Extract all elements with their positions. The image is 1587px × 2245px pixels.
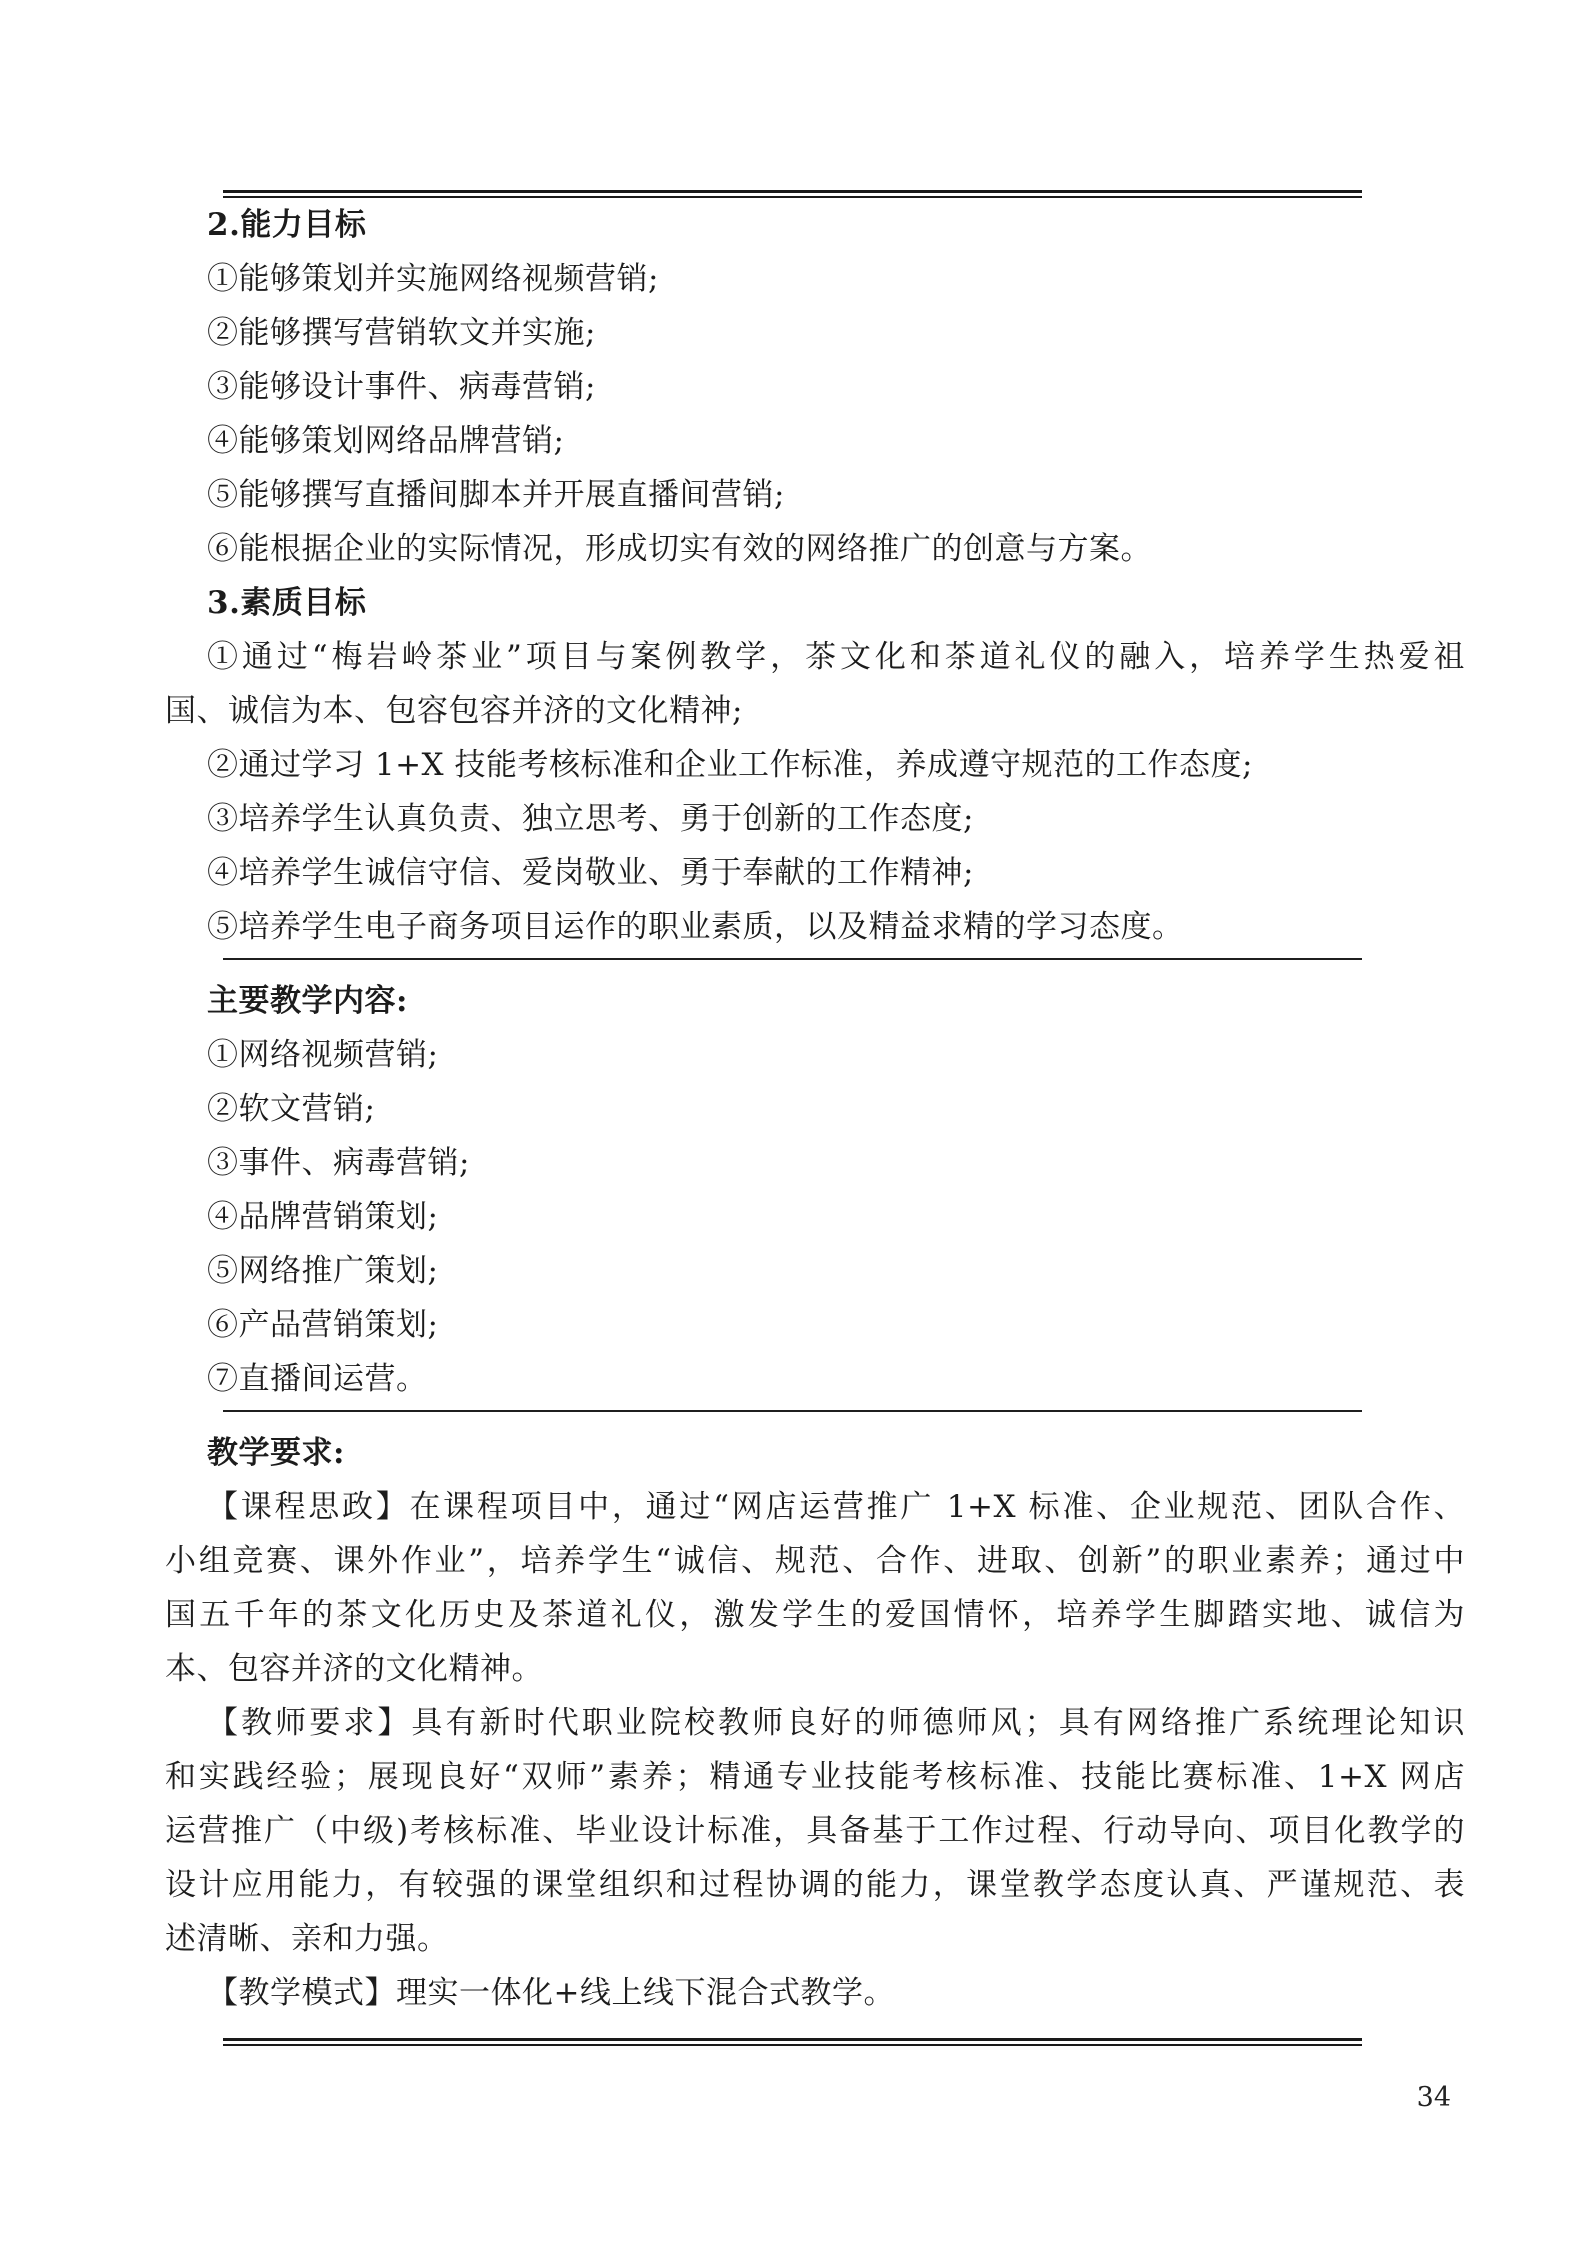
document-line: ④品牌营销策划; xyxy=(165,1190,1465,1244)
document-line: ①能够策划并实施网络视频营销; xyxy=(165,252,1465,306)
divider-line xyxy=(223,958,1362,960)
document-line: ④能够策划网络品牌营销; xyxy=(165,414,1465,468)
section-heading: 教学要求: xyxy=(165,1426,1465,1480)
document-line: 国五千年的茶文化历史及茶道礼仪，激发学生的爱国情怀，培养学生脚踏实地、诚信为 xyxy=(165,1588,1465,1642)
divider-double-line xyxy=(223,2038,1362,2046)
document-line: 述清晰、亲和力强。 xyxy=(165,1912,1465,1966)
document-line: 【教学模式】理实一体化+线上线下混合式教学。 xyxy=(165,1966,1465,2020)
document-line: ②通过学习 1+X 技能考核标准和企业工作标准，养成遵守规范的工作态度; xyxy=(165,738,1465,792)
document-line: ③能够设计事件、病毒营销; xyxy=(165,360,1465,414)
document-line: ⑥产品营销策划; xyxy=(165,1298,1465,1352)
document-line: 【课程思政】在课程项目中，通过“网店运营推广 1+X 标准、企业规范、团队合作、 xyxy=(165,1480,1465,1534)
document-line: 【教师要求】具有新时代职业院校教师良好的师德师风；具有网络推广系统理论知识 xyxy=(165,1696,1465,1750)
divider-line xyxy=(223,1410,1362,1412)
document-line: 小组竞赛、课外作业”，培养学生“诚信、规范、合作、进取、创新”的职业素养；通过中 xyxy=(165,1534,1465,1588)
document-page: 2.能力目标①能够策划并实施网络视频营销;②能够撰写营销软文并实施;③能够设计事… xyxy=(0,0,1587,2245)
document-line: 运营推广（中级)考核标准、毕业设计标准，具备基于工作过程、行动导向、项目化教学的 xyxy=(165,1804,1465,1858)
document-line: ③事件、病毒营销; xyxy=(165,1136,1465,1190)
document-line: ⑦直播间运营。 xyxy=(165,1352,1465,1406)
document-line: ①通过“梅岩岭茶业”项目与案例教学，茶文化和茶道礼仪的融入，培养学生热爱祖 xyxy=(165,630,1465,684)
document-line: 和实践经验；展现良好“双师”素养；精通专业技能考核标准、技能比赛标准、1+X 网… xyxy=(165,1750,1465,1804)
document-line: ⑤网络推广策划; xyxy=(165,1244,1465,1298)
page-number: 34 xyxy=(165,2082,1465,2114)
document-line: 设计应用能力，有较强的课堂组织和过程协调的能力，课堂教学态度认真、严谨规范、表 xyxy=(165,1858,1465,1912)
section-heading: 主要教学内容: xyxy=(165,974,1465,1028)
document-line: ⑤培养学生电子商务项目运作的职业素质，以及精益求精的学习态度。 xyxy=(165,900,1465,954)
document-line: ③培养学生认真负责、独立思考、勇于创新的工作态度; xyxy=(165,792,1465,846)
divider-double-line xyxy=(223,190,1362,198)
document-line: ④培养学生诚信守信、爱岗敬业、勇于奉献的工作精神; xyxy=(165,846,1465,900)
document-content: 2.能力目标①能够策划并实施网络视频营销;②能够撰写营销软文并实施;③能够设计事… xyxy=(165,190,1465,2114)
document-line: 国、诚信为本、包容包容并济的文化精神; xyxy=(165,684,1465,738)
section-heading: 2.能力目标 xyxy=(165,198,1465,252)
document-line: ⑤能够撰写直播间脚本并开展直播间营销; xyxy=(165,468,1465,522)
document-line: ⑥能根据企业的实际情况，形成切实有效的网络推广的创意与方案。 xyxy=(165,522,1465,576)
section-heading: 3.素质目标 xyxy=(165,576,1465,630)
document-line: ②能够撰写营销软文并实施; xyxy=(165,306,1465,360)
document-line: ②软文营销; xyxy=(165,1082,1465,1136)
document-line: 本、包容并济的文化精神。 xyxy=(165,1642,1465,1696)
document-line: ①网络视频营销; xyxy=(165,1028,1465,1082)
